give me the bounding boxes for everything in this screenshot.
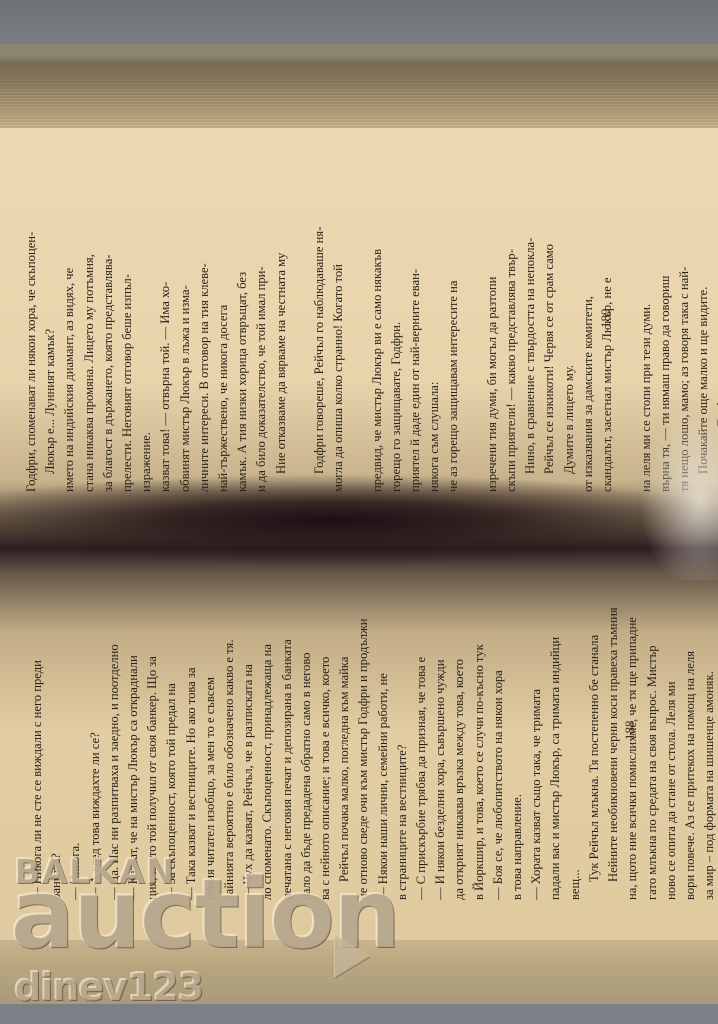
text-line: банката? xyxy=(47,544,66,900)
text-line: — Хората казват също така, че тримата xyxy=(527,544,546,900)
text-line: в това направление. xyxy=(508,544,527,900)
text-line: прелести. Неговият отговор беше изпъл- xyxy=(118,134,137,492)
text-line: вения читател изобщо, за мен то е съвсем xyxy=(201,544,220,900)
text-line: Ние отказваме да вярваме на честната му xyxy=(272,134,291,492)
text-line xyxy=(464,134,483,492)
text-line: печатана с неговия печат и депозирана в … xyxy=(278,544,297,900)
text-line: горещо го защищавате, Годфри. xyxy=(387,134,406,492)
text-line: — С прискърбие трябва да призная, че тов… xyxy=(412,544,431,900)
text-line: и да било доказателство, че той имал при… xyxy=(252,134,271,492)
text-line: — Боя се, че любопитството на някои хора xyxy=(489,544,508,900)
text-line: в страниците на вестниците? xyxy=(393,544,412,900)
text-line: че аз горещо защищавам интересите на xyxy=(444,134,463,492)
text-line: в Йоркшир, и това, което се случи по-къс… xyxy=(470,544,489,900)
text-line: личните интереси. В отговор на тия клеве… xyxy=(195,134,214,492)
text-line: Нино, в сравнение с твърдостта на непокл… xyxy=(521,134,540,492)
text-line: името на индийския диамант, аз видях, че xyxy=(60,134,79,492)
text-line: за благост в държането, която представля… xyxy=(99,134,118,492)
text-line: някога съм слушала: xyxy=(425,134,444,492)
text-line: изражение. xyxy=(137,134,156,492)
text-line: — Да. Нас ни разпитваха и заедно, и поот… xyxy=(105,544,124,900)
page-number-189: 189 xyxy=(596,309,615,329)
text-line: — Никога. xyxy=(66,544,85,900)
text-line: Рейчъл се изкикоти! Червя се от срам сам… xyxy=(540,134,559,492)
text-line: — Никога ли не сте се виждали с него пре… xyxy=(28,544,47,900)
text-line: изречени тия думи, би могъл да разтопи xyxy=(483,134,502,492)
text-line: казват това! — отвърна той. — Има хо- xyxy=(156,134,175,492)
text-line: предвид, че мистър Люкър ви е само някак… xyxy=(368,134,387,492)
text-line xyxy=(348,134,367,492)
text-line: Годфри, споменават ли някои хора, че скъ… xyxy=(22,134,41,492)
text-line: тайнията вероятно е било обозначено какв… xyxy=(220,544,239,900)
text-line: Годфри говореше, Рейчъл го наблюдаваше н… xyxy=(310,134,329,492)
text-line: Тук Рейчъл млъкна. Тя постепенно бе стан… xyxy=(585,544,604,900)
text-line: стана никаква промяна. Лицето му потъмня… xyxy=(80,134,99,492)
text-line: за мир – под формата на шишенце амоняк. xyxy=(700,544,718,900)
text-line: гато млъкна по средата на своя въпрос. М… xyxy=(643,544,662,900)
text-line: не отново сведе очи към мистър Годфри и … xyxy=(354,544,373,900)
book-page-188: — Никога ли не сте се виждали с него пре… xyxy=(28,544,668,900)
text-line: ново се опита да стане от стола. Леля ми xyxy=(662,544,681,900)
page-number-188: 188 xyxy=(620,721,639,741)
text-line: най-тържествено, че никога досега xyxy=(214,134,233,492)
text-line: могла да опиша колко странно! Когато той xyxy=(329,134,348,492)
text-line: — И някои безделни хора, съвършено чужди xyxy=(431,544,450,900)
text-line: вори повече. Аз се притекох на помощ на … xyxy=(681,544,700,900)
background-top xyxy=(0,0,718,48)
watermark-seller: dinev123 xyxy=(14,965,203,1009)
text-line: Думите в лицето му. xyxy=(560,134,579,492)
text-line: вещ... xyxy=(566,544,585,900)
play-triangle-icon xyxy=(334,934,370,978)
text-line: приятел й даде един от най-верните еван- xyxy=(406,134,425,492)
text-line: — Някои наши лични, семейни работи, не xyxy=(374,544,393,900)
book-page-189: Годфри, споменават ли някои хора, че скъ… xyxy=(22,134,642,492)
text-line: ция, която той получил от своя банкер. Щ… xyxy=(143,544,162,900)
watermark-balkan: BALKAN xyxy=(14,852,175,892)
page-188-text: — Никога ли не сте се виждали с него пре… xyxy=(28,544,718,900)
text-line: обвинят мистър Люкър в лъжа и изма- xyxy=(176,134,195,492)
text-line: Люкър е... Лунният камък? xyxy=(41,134,60,492)
text-line: — Казват, че на мистър Люкър са открадна… xyxy=(124,544,143,900)
text-line: да открият никаква връзка между това, ко… xyxy=(450,544,469,900)
text-line: Рейчъл почака малко, погледна към майка xyxy=(335,544,354,900)
text-line: ло споменато. Скъпоценност, принадлежаща… xyxy=(258,544,277,900)
text-line: — Чух да казват, Рейчъл, че в разписката… xyxy=(239,544,258,900)
book-page-edges xyxy=(0,44,718,132)
text-line: падали вас и мистър Люкър, са тримата ин… xyxy=(546,544,565,900)
text-line: — За скъпоценност, която той предал на xyxy=(162,544,181,900)
text-line: вало да бъде предадена обратно само в не… xyxy=(297,544,316,900)
text-line xyxy=(291,134,310,492)
text-line: скъпи приятели! — какво представлява твъ… xyxy=(502,134,521,492)
text-line: — А след това виждахте ли се? xyxy=(86,544,105,900)
text-line: камък. А тия низки хорица отвръщат, без xyxy=(233,134,252,492)
text-line: ва с нейното описание; и това е всичко, … xyxy=(316,544,335,900)
light-glare xyxy=(600,420,718,580)
text-line: — Така казват и вестниците. Но ако това … xyxy=(182,544,201,900)
